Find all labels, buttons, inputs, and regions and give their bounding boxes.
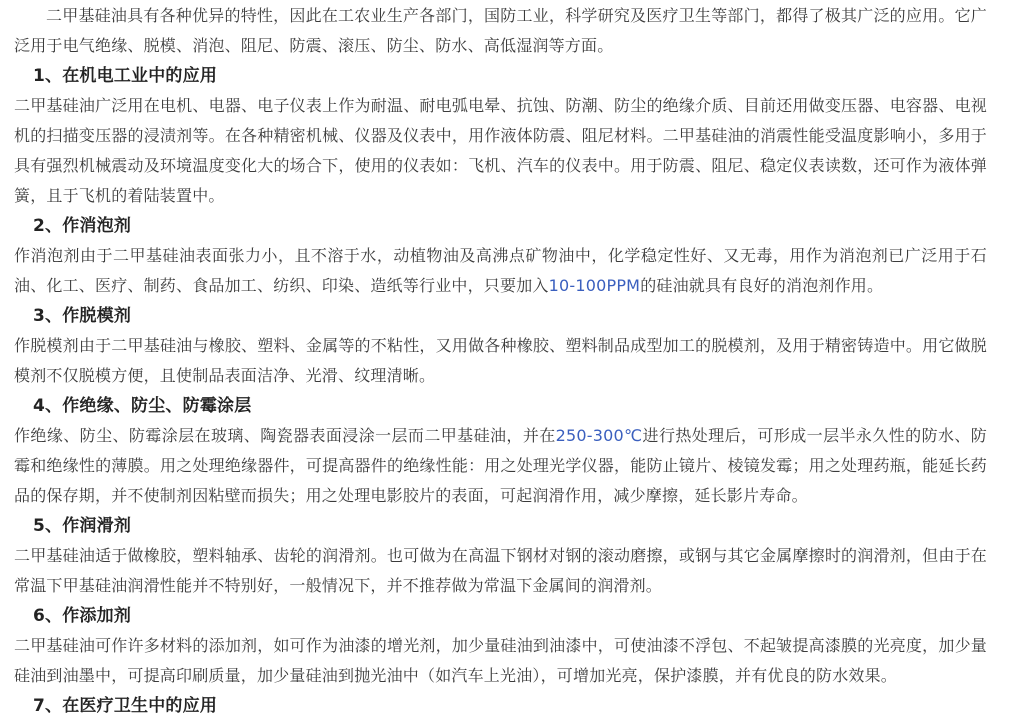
section-paragraph-1: 二甲基硅油广泛用在电机、电器、电子仪表上作为耐温、耐电弧电晕、抗蚀、防潮、防尘的… — [14, 91, 987, 211]
section-heading-6: 6、作添加剂 — [14, 601, 987, 631]
accent-text: 250-300℃ — [556, 426, 643, 445]
section-heading-3: 3、作脱模剂 — [14, 301, 987, 331]
accent-text: 10-100PPM — [549, 276, 641, 295]
section-paragraph-5: 二甲基硅油适于做橡胶，塑料轴承、齿轮的润滑剂。也可做为在高温下钢材对钢的滚动磨擦… — [14, 541, 987, 601]
text-segment: 的硅油就具有良好的消泡剂作用。 — [640, 276, 883, 295]
text-segment: 作脱模剂由于二甲基硅油与橡胶、塑料、金属等的不粘性，又用做各种橡胶、塑料制品成型… — [14, 336, 987, 385]
intro-paragraph: 二甲基硅油具有各种优异的特性，因此在工农业生产各部门，国防工业，科学研究及医疗卫… — [14, 1, 987, 61]
text-segment: 二甲基硅油适于做橡胶，塑料轴承、齿轮的润滑剂。也可做为在高温下钢材对钢的滚动磨擦… — [14, 546, 987, 595]
section-heading-7: 7、在医疗卫生中的应用 — [14, 691, 987, 721]
text-segment: 二甲基硅油广泛用在电机、电器、电子仪表上作为耐温、耐电弧电晕、抗蚀、防潮、防尘的… — [14, 96, 987, 205]
article-body: 二甲基硅油具有各种优异的特性，因此在工农业生产各部门，国防工业，科学研究及医疗卫… — [0, 0, 1011, 721]
text-segment: 二甲基硅油可作许多材料的添加剂，如可作为油漆的增光剂，加少量硅油到油漆中，可使油… — [14, 636, 987, 685]
section-paragraph-6: 二甲基硅油可作许多材料的添加剂，如可作为油漆的增光剂，加少量硅油到油漆中，可使油… — [14, 631, 987, 691]
section-heading-2: 2、作消泡剂 — [14, 211, 987, 241]
section-heading-4: 4、作绝缘、防尘、防霉涂层 — [14, 391, 987, 421]
section-paragraph-2: 作消泡剂由于二甲基硅油表面张力小，且不溶于水，动植物油及高沸点矿物油中，化学稳定… — [14, 241, 987, 301]
text-segment: 二甲基硅油具有各种优异的特性，因此在工农业生产各部门，国防工业，科学研究及医疗卫… — [14, 6, 987, 55]
section-heading-5: 5、作润滑剂 — [14, 511, 987, 541]
section-heading-1: 1、在机电工业中的应用 — [14, 61, 987, 91]
section-paragraph-4: 作绝缘、防尘、防霉涂层在玻璃、陶瓷器表面浸涂一层而二甲基硅油，并在250-300… — [14, 421, 987, 511]
text-segment: 作绝缘、防尘、防霉涂层在玻璃、陶瓷器表面浸涂一层而二甲基硅油，并在 — [14, 426, 556, 445]
section-paragraph-3: 作脱模剂由于二甲基硅油与橡胶、塑料、金属等的不粘性，又用做各种橡胶、塑料制品成型… — [14, 331, 987, 391]
